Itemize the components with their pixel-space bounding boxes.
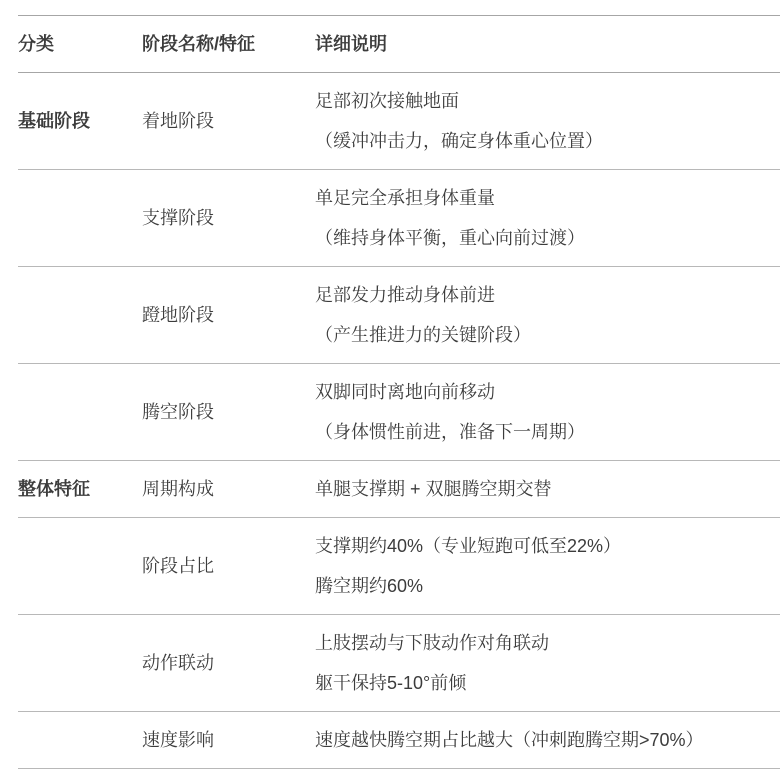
category-cell: 整体特征 <box>18 469 142 509</box>
running-phases-table: 分类 阶段名称/特征 详细说明 基础阶段 着地阶段 足部初次接触地面 （缓冲冲击… <box>18 15 780 769</box>
detail-line: 上肢摆动与下肢动作对角联动 <box>315 623 780 663</box>
detail-line: （缓冲冲击力，确定身体重心位置） <box>315 121 780 161</box>
table-row: 蹬地阶段 足部发力推动身体前进 （产生推进力的关键阶段） <box>18 267 780 364</box>
table-header-row: 分类 阶段名称/特征 详细说明 <box>18 15 780 73</box>
detail-line: 速度越快腾空期占比越大（冲刺跑腾空期>70%） <box>315 720 780 760</box>
table-row: 支撑阶段 单足完全承担身体重量 （维持身体平衡，重心向前过渡） <box>18 170 780 267</box>
detail-line: 支撑期约40%（专业短跑可低至22%） <box>315 526 780 566</box>
category-cell: 基础阶段 <box>18 101 142 141</box>
phase-cell: 阶段占比 <box>142 546 315 586</box>
details-cell: 双脚同时离地向前移动 （身体惯性前进，准备下一周期） <box>315 372 780 452</box>
detail-line: （身体惯性前进，准备下一周期） <box>315 412 780 452</box>
phase-cell: 着地阶段 <box>142 101 315 141</box>
phase-cell: 速度影响 <box>142 720 315 760</box>
phase-cell: 腾空阶段 <box>142 392 315 432</box>
table-row: 整体特征 周期构成 单腿支撑期 + 双腿腾空期交替 <box>18 461 780 518</box>
details-cell: 单腿支撑期 + 双腿腾空期交替 <box>315 469 780 509</box>
detail-line: 单足完全承担身体重量 <box>315 178 780 218</box>
page: 分类 阶段名称/特征 详细说明 基础阶段 着地阶段 足部初次接触地面 （缓冲冲击… <box>0 0 780 776</box>
details-cell: 足部初次接触地面 （缓冲冲击力，确定身体重心位置） <box>315 81 780 161</box>
detail-line: 腾空期约60% <box>315 566 780 606</box>
detail-line: （产生推进力的关键阶段） <box>315 315 780 355</box>
detail-line: 双脚同时离地向前移动 <box>315 372 780 412</box>
detail-line: （维持身体平衡，重心向前过渡） <box>315 218 780 258</box>
table-row: 阶段占比 支撑期约40%（专业短跑可低至22%） 腾空期约60% <box>18 518 780 615</box>
phase-cell: 动作联动 <box>142 643 315 683</box>
details-cell: 单足完全承担身体重量 （维持身体平衡，重心向前过渡） <box>315 178 780 258</box>
table-row: 基础阶段 着地阶段 足部初次接触地面 （缓冲冲击力，确定身体重心位置） <box>18 73 780 170</box>
detail-line: 足部初次接触地面 <box>315 81 780 121</box>
details-cell: 足部发力推动身体前进 （产生推进力的关键阶段） <box>315 275 780 355</box>
detail-line: 躯干保持5-10°前倾 <box>315 663 780 703</box>
table-row: 速度影响 速度越快腾空期占比越大（冲刺跑腾空期>70%） <box>18 712 780 769</box>
table-row: 腾空阶段 双脚同时离地向前移动 （身体惯性前进，准备下一周期） <box>18 364 780 461</box>
detail-line: 单腿支撑期 + 双腿腾空期交替 <box>315 469 780 509</box>
details-cell: 上肢摆动与下肢动作对角联动 躯干保持5-10°前倾 <box>315 623 780 703</box>
phase-cell: 周期构成 <box>142 469 315 509</box>
col-header-details: 详细说明 <box>315 24 780 64</box>
col-header-phase: 阶段名称/特征 <box>142 24 315 64</box>
details-cell: 支撑期约40%（专业短跑可低至22%） 腾空期约60% <box>315 526 780 606</box>
details-cell: 速度越快腾空期占比越大（冲刺跑腾空期>70%） <box>315 720 780 760</box>
detail-line: 足部发力推动身体前进 <box>315 275 780 315</box>
col-header-category: 分类 <box>18 24 142 64</box>
table-row: 动作联动 上肢摆动与下肢动作对角联动 躯干保持5-10°前倾 <box>18 615 780 712</box>
phase-cell: 支撑阶段 <box>142 198 315 238</box>
phase-cell: 蹬地阶段 <box>142 295 315 335</box>
